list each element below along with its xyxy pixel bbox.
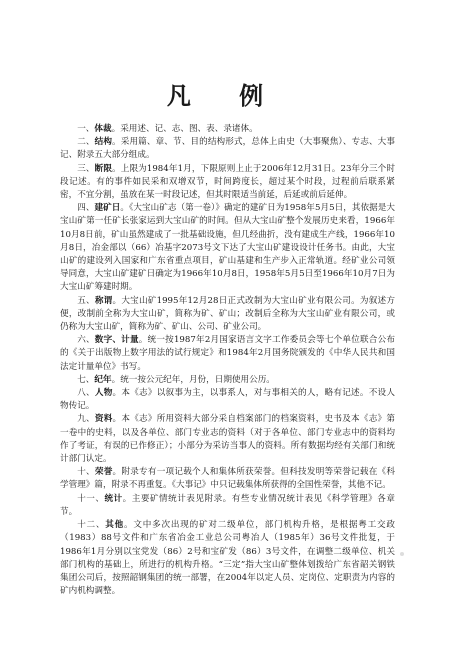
para-heading: 建矿日 xyxy=(94,203,120,213)
paragraph-11: 十一、统计。主要矿情统计表见附录。有些专业情况统计表见《科学管理》各章节。 xyxy=(60,493,395,519)
para-number: 十一、 xyxy=(77,494,104,504)
para-number: 五、 xyxy=(77,296,95,306)
para-text: 。统一按公元纪年，月份，日期使用公历。 xyxy=(112,375,275,385)
para-number: 七、 xyxy=(77,375,94,385)
paragraph-8: 八、人物。本《志》以叙事为主，以事系人，对与事相关的人，略有记述。不设人物传记。 xyxy=(60,387,395,413)
para-heading: 称谓 xyxy=(95,296,113,306)
para-heading: 纪年 xyxy=(94,375,111,385)
page-title: 凡 例 xyxy=(0,76,450,111)
para-number: 一、 xyxy=(77,124,94,134)
para-heading: 荣誉 xyxy=(95,467,113,477)
paragraph-2: 二、结构。采用篇、章、节、目的结构形式，总体上由史（大事聚焦）、专志、大事记、附… xyxy=(60,136,395,162)
para-text: 。《大宝山矿志（第一卷）》确定的建矿日为1958年5月5日，其依据是大宝山矿第一… xyxy=(60,203,395,292)
document-body: 一、体裁。采用述、记、志、图、表、录诸体。 二、结构。采用篇、章、节、目的结构形… xyxy=(60,123,395,598)
para-heading: 人物 xyxy=(95,388,113,398)
paragraph-12: 十二、其他。文中多次出现的矿对二级单位，部门机构升格，是根据粤工交政（1983）… xyxy=(60,519,395,598)
para-number: 四、 xyxy=(77,203,94,213)
para-number: 十、 xyxy=(77,467,95,477)
para-number: 八、 xyxy=(77,388,95,398)
para-heading: 数字、计量 xyxy=(95,335,139,345)
para-number: 三、 xyxy=(77,164,94,174)
paragraph-6: 六、数字、计量。统一按1987年2月国家语言文字工作委员会等七个单位联合公布的《… xyxy=(60,334,395,374)
scan-speck xyxy=(400,552,404,556)
paragraph-10: 十、荣誉。附录专有一项记载个人和集体所获荣誉。但科技发明等荣誉记载在《科学管理》… xyxy=(60,466,395,492)
paragraph-9: 九、资料。本《志》所用资料大部分采自档案部门的档案资料，史书及本《志》第一卷中的… xyxy=(60,413,395,466)
paragraph-3: 三、断限。上限为1984年1月，下限原则上止于2006年12月31日。23年分三… xyxy=(60,163,395,203)
paragraph-7: 七、纪年。统一按公元纪年，月份，日期使用公历。 xyxy=(60,374,395,387)
para-heading: 统计 xyxy=(104,494,122,504)
paragraph-1: 一、体裁。采用述、记、志、图、表、录诸体。 xyxy=(60,123,395,136)
para-heading: 其他 xyxy=(105,520,124,530)
para-number: 六、 xyxy=(77,335,95,345)
para-number: 九、 xyxy=(77,414,95,424)
para-heading: 结构 xyxy=(95,137,112,147)
para-heading: 体裁 xyxy=(94,124,111,134)
para-text: 。文中多次出现的矿对二级单位，部门机构升格，是根据粤工交政（1983）88号文件… xyxy=(60,520,395,596)
para-number: 十二、 xyxy=(77,520,105,530)
paragraph-4: 四、建矿日。《大宝山矿志（第一卷）》确定的建矿日为1958年5月5日，其依据是大… xyxy=(60,202,395,294)
para-heading: 资料 xyxy=(95,414,113,424)
paragraph-5: 五、称谓。大宝山矿1995年12月28日正式改制为大宝山矿业有限公司。为叙述方便… xyxy=(60,295,395,335)
para-heading: 断限 xyxy=(95,164,112,174)
para-text: 。采用述、记、志、图、表、录诸体。 xyxy=(112,124,258,134)
para-number: 二、 xyxy=(77,137,94,147)
